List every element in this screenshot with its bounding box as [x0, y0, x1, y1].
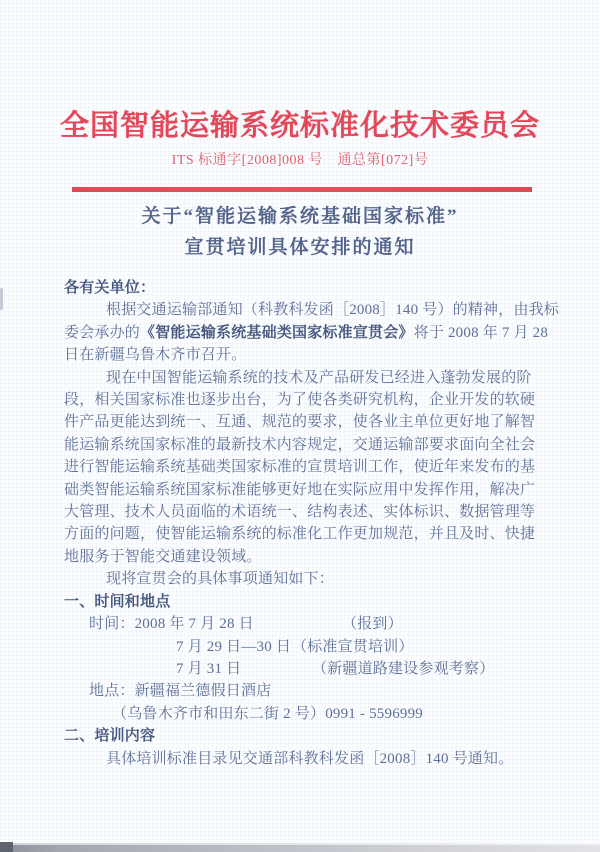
schedule-date: 时间：2008 年 7 月 28 日 [89, 613, 342, 635]
body-text-segment: 将于 2008 年 7 月 28 [414, 325, 548, 341]
schedule-note: （报到） [342, 616, 403, 632]
body-line: 根据交通运输部通知（科教科发函［2008］140 号）的精神，由我标 [64, 299, 534, 321]
notice-title-line1: 关于“智能运输系统基础国家标准” [0, 201, 600, 232]
venue-line: 地点：新疆福兰德假日酒店 [64, 680, 534, 702]
body-line: 进行智能运输系统基础类国家标准的宣贯培训工作，使近年来发布的基 [64, 456, 534, 478]
lead-in-line: 现将宣贯会的具体事项通知如下： [64, 568, 534, 590]
body-line: 方面的问题，使智能运输系统的标准化工作更加规范，并且及时、快捷 [64, 523, 534, 545]
body-line: 日在新疆乌鲁木齐市召开。 [64, 344, 534, 366]
scan-edge-band [0, 845, 600, 852]
event-name-bold: 《智能运输系统基础类国家标准宣贯会》 [140, 325, 414, 341]
section2-heading: 二、培训内容 [64, 725, 534, 747]
schedule-row: 时间：2008 年 7 月 28 日（报到） [64, 613, 534, 635]
letterhead-divider [72, 187, 532, 192]
letterhead: 全国智能运输系统标准化技术委员会 ITS 标通字[2008]008 号 通总第[… [0, 103, 600, 169]
body-line: 委会承办的《智能运输系统基础类国家标准宣贯会》将于 2008 年 7 月 28 [64, 322, 534, 344]
body-line: 段，相关国家标准也逐步出台，为了使各类研究机构，企业开发的软硬 [64, 389, 534, 411]
section1-heading: 一、时间和地点 [64, 591, 534, 613]
schedule-row: 7 月 29 日—30 日（标准宣贯培训） [64, 636, 534, 658]
salutation: 各有关单位： [64, 277, 534, 299]
body-line: 件产品更能达到统一、互通、规范的要求，使各业主单位更好地了解智 [64, 411, 534, 433]
schedule-date: 7 月 29 日—30 日 [176, 636, 292, 658]
venue-address-line: （乌鲁木齐市和田东二街 2 号）0991 - 5596999 [64, 703, 534, 725]
body-line: 现在中国智能运输系统的技术及产品研发已经进入蓬勃发展的阶 [64, 367, 534, 389]
schedule-note: （标准宣贯培训） [292, 639, 414, 655]
body-line: 能运输系统国家标准的最新技术内容规定，交通运输部要求面向全社会 [64, 434, 534, 456]
section2-content: 具体培训标准目录见交通部科教科发函［2008］140 号通知。 [64, 748, 534, 770]
schedule-date: 7 月 31 日 [176, 658, 312, 680]
notice-title-line2: 宣贯培训具体安排的通知 [0, 232, 600, 263]
schedule-note: （新疆道路建设参观考察） [312, 661, 494, 677]
scanned-notice-page: 全国智能运输系统标准化技术委员会 ITS 标通字[2008]008 号 通总第[… [0, 0, 600, 852]
org-name: 全国智能运输系统标准化技术委员会 [0, 103, 600, 144]
body-text-segment: 委会承办的 [64, 325, 140, 341]
notice-title: 关于“智能运输系统基础国家标准” 宣贯培训具体安排的通知 [0, 201, 600, 263]
scan-edge-corner-mark [0, 842, 13, 852]
schedule-row: 7 月 31 日（新疆道路建设参观考察） [64, 658, 534, 680]
notice-body: 各有关单位： 根据交通运输部通知（科教科发函［2008］140 号）的精神，由我… [64, 277, 534, 770]
body-line: 地服务于智能交通建设领域。 [64, 546, 534, 568]
body-line: 大管理、技术人员面临的术语统一、结构表述、实体标识、数据管理等 [64, 501, 534, 523]
body-line: 础类智能运输系统国家标准能够更好地在实际应用中发挥作用，解决广 [64, 479, 534, 501]
scan-edge-mark [0, 288, 3, 310]
document-number: ITS 标通字[2008]008 号 通总第[072]号 [0, 149, 600, 169]
